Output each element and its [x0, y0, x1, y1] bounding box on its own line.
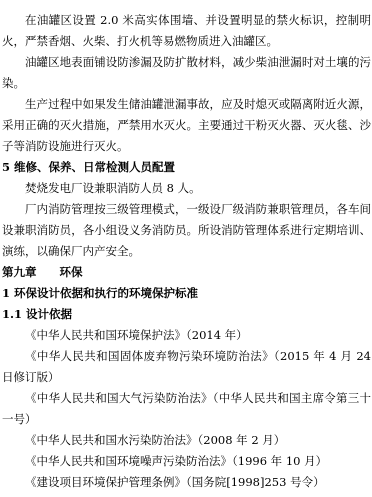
paragraph-law-water-pollution: 《中华人民共和国水污染防治法》（2008 年 2 月） — [2, 430, 371, 451]
paragraph-law-solid-waste: 《中华人民共和国固体废弃物污染环境防治法》（2015 年 4 月 24 日修订版… — [2, 346, 371, 388]
document-page: 在油罐区设置 2.0 米高实体围墙、并设置明显的禁火标识，控制明火，严禁香烟、火… — [0, 0, 372, 497]
chapter-9-heading-environment: 第九章 环保 — [2, 262, 371, 283]
paragraph-leak-accident: 生产过程中如果发生储油罐泄漏事故，应及时熄灭或隔离附近火源，采用正确的灭火措施，… — [2, 94, 371, 157]
paragraph-tank-area-ground: 油罐区地表面铺设防渗漏及防扩散材料，减少柴油泄漏时对土壤的污染。 — [2, 52, 371, 94]
paragraph-regulation-construction-project: 《建设项目环境保护管理条例》（国务院[1998]253 号令） — [2, 472, 371, 493]
paragraph-law-noise-pollution: 《中华人民共和国环境噪声污染防治法》（1996 年 10 月） — [2, 451, 371, 472]
paragraph-fire-management: 厂内消防管理按三级管理模式，一级设厂级消防兼职管理员，各车间设兼职消防员，各小组… — [2, 199, 371, 262]
section-1-1-heading-design-basis: 1.1 设计依据 — [2, 304, 371, 325]
section-heading-5-maintenance-staffing: 5 维修、保养、日常检测人员配置 — [2, 157, 371, 178]
paragraph-firefighter-count: 焚烧发电厂设兼职消防人员 8 人。 — [2, 178, 371, 199]
paragraph-tank-area-wall: 在油罐区设置 2.0 米高实体围墙、并设置明显的禁火标识，控制明火，严禁香烟、火… — [2, 10, 371, 52]
paragraph-law-air-pollution: 《中华人民共和国大气污染防治法》（中华人民共和国主席令第三十一号） — [2, 388, 371, 430]
paragraph-law-environment-protection: 《中华人民共和国环境保护法》（2014 年） — [2, 325, 371, 346]
section-1-heading-env-design-basis: 1 环保设计依据和执行的环境保护标准 — [2, 283, 371, 304]
